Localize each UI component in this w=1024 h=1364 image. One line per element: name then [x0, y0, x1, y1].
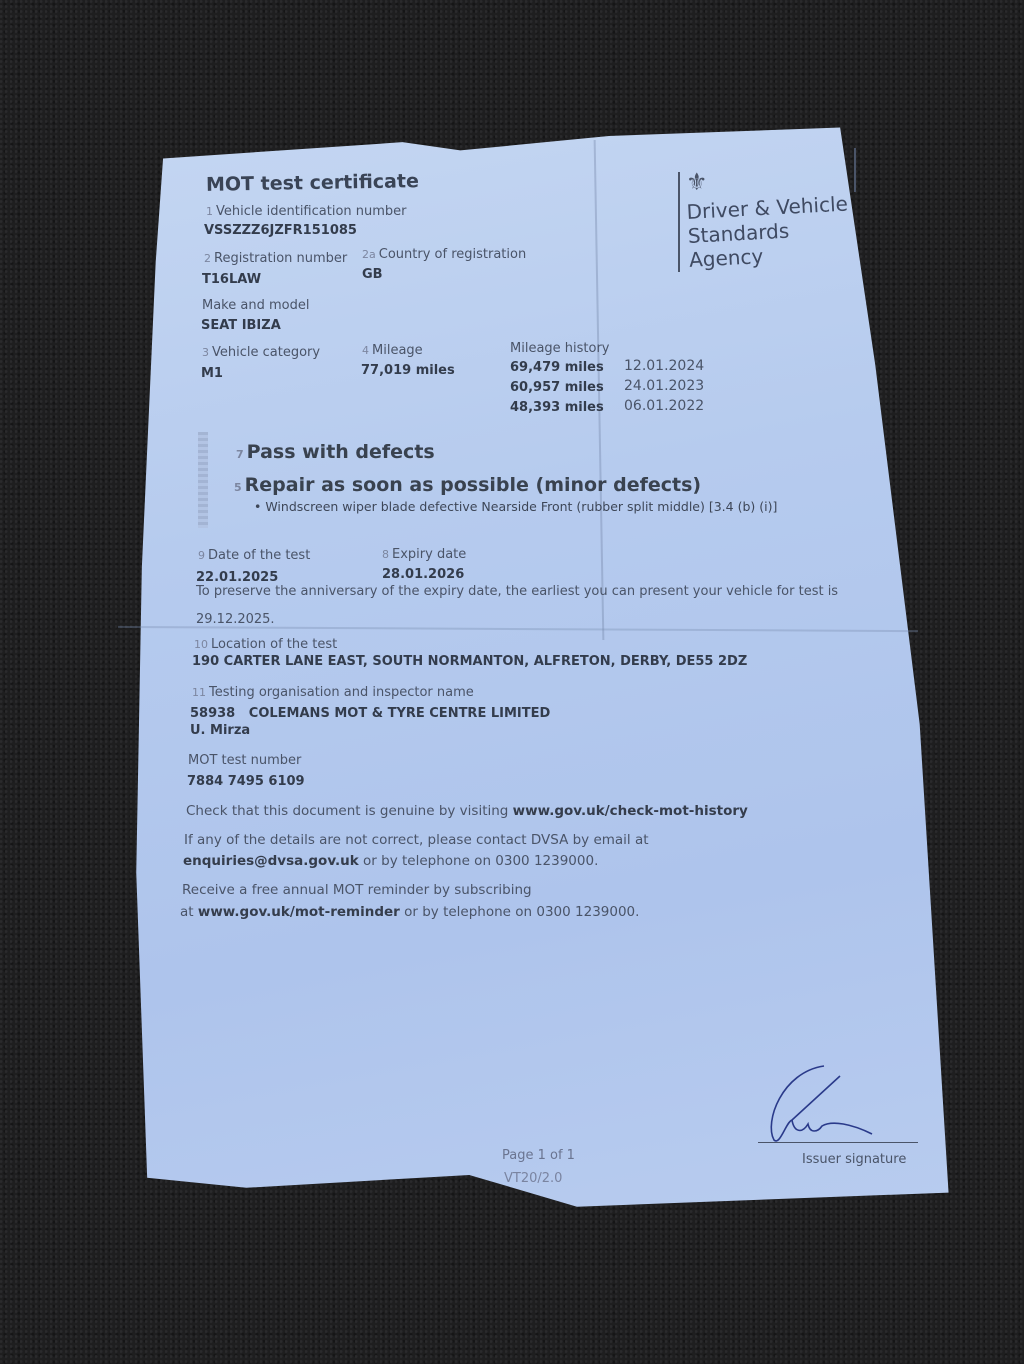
signature-label: Issuer signature: [802, 1152, 906, 1167]
mileage-history-miles: 60,957 miles: [510, 380, 604, 395]
label-text: Expiry date: [392, 547, 466, 562]
test-date-label: 9Date of the test: [198, 548, 310, 563]
registration-value: T16LAW: [202, 272, 261, 287]
note-text: Check that this document is genuine by v…: [186, 803, 513, 819]
label-text: Registration number: [214, 251, 347, 266]
mileage-history-date: 24.01.2023: [624, 378, 704, 394]
contact-note-line2: enquiries@dvsa.gov.uk or by telephone on…: [183, 853, 598, 869]
category-value: M1: [201, 366, 223, 381]
contact-note-line1: If any of the details are not correct, p…: [184, 832, 649, 848]
mileage-value: 77,019 miles: [361, 363, 455, 378]
side-barcode-stamp: [198, 432, 208, 528]
result-status: Pass with defects: [247, 441, 435, 463]
reminder-note-line2: at www.gov.uk/mot-reminder or by telepho…: [180, 904, 639, 920]
logo-divider-top: [854, 148, 856, 192]
test-number-label: MOT test number: [188, 753, 301, 768]
category-label: 3Vehicle category: [202, 345, 320, 360]
signature-line: [758, 1142, 918, 1143]
make-model-value: SEAT IBIZA: [201, 318, 281, 333]
location-value: 190 CARTER LANE EAST, SOUTH NORMANTON, A…: [192, 654, 747, 669]
label-text: Mileage: [372, 343, 423, 358]
expiry-date-label: 8Expiry date: [382, 547, 466, 562]
vin-label: 1Vehicle identification number: [206, 204, 407, 219]
vin-value: VSSZZZ6JZFR151085: [204, 223, 357, 238]
mileage-history-miles: 69,479 miles: [510, 360, 604, 375]
contact-email-link[interactable]: enquiries@dvsa.gov.uk: [183, 853, 359, 869]
certificate-title: MOT test certificate: [206, 170, 419, 196]
label-text: Vehicle category: [212, 345, 320, 360]
logo-divider: [678, 172, 680, 272]
genuine-check-note: Check that this document is genuine by v…: [186, 803, 748, 819]
test-result: 7Pass with defects: [236, 441, 435, 463]
label-text: Testing organisation and inspector name: [209, 685, 474, 700]
mileage-history-label: Mileage history: [510, 341, 610, 356]
country-value: GB: [362, 267, 383, 282]
page-number: Page 1 of 1: [502, 1148, 575, 1163]
note-text: at: [180, 904, 198, 920]
tester-label: 11Testing organisation and inspector nam…: [192, 685, 474, 700]
label-text: Vehicle identification number: [216, 204, 407, 219]
test-number-value: 7884 7495 6109: [187, 774, 305, 789]
label-text: Country of registration: [379, 247, 526, 262]
mileage-history-date: 12.01.2024: [624, 358, 704, 374]
inspector-name: U. Mirza: [190, 723, 250, 738]
label-text: Date of the test: [208, 548, 310, 563]
expiry-date-value: 28.01.2026: [382, 567, 464, 582]
earliest-test-date: 29.12.2025.: [196, 612, 275, 627]
reminder-note-line1: Receive a free annual MOT reminder by su…: [182, 882, 532, 898]
location-label: 10Location of the test: [194, 637, 337, 652]
mileage-history-miles: 48,393 miles: [510, 400, 604, 415]
note-text: or by telephone on 0300 1239000.: [400, 904, 640, 920]
testing-organisation: 58938 COLEMANS MOT & TYRE CENTRE LIMITED: [190, 706, 550, 721]
check-mot-history-link[interactable]: www.gov.uk/check-mot-history: [513, 803, 748, 819]
issuer-signature: [762, 1062, 922, 1146]
defect-heading-text: Repair as soon as possible (minor defect…: [245, 474, 701, 496]
label-text: Location of the test: [211, 637, 337, 652]
note-text: or by telephone on 0300 1239000.: [359, 853, 599, 869]
certificate-paper: [113, 124, 948, 1221]
royal-crest-icon: ⚜: [686, 168, 708, 196]
test-date-value: 22.01.2025: [196, 570, 278, 585]
anniversary-note: To preserve the anniversary of the expir…: [196, 584, 838, 599]
form-code: VT20/2.0: [504, 1171, 562, 1186]
mileage-history-date: 06.01.2022: [624, 398, 704, 414]
defect-heading: 5Repair as soon as possible (minor defec…: [234, 474, 701, 496]
issuer-name: Driver & Vehicle Standards Agency: [686, 192, 851, 272]
defect-item: • Windscreen wiper blade defective Nears…: [254, 499, 777, 514]
mot-reminder-link[interactable]: www.gov.uk/mot-reminder: [198, 904, 400, 920]
registration-label: 2Registration number: [204, 251, 347, 266]
country-label: 2aCountry of registration: [362, 247, 526, 262]
make-model-label: Make and model: [202, 298, 309, 313]
mileage-label: 4Mileage: [362, 343, 423, 358]
